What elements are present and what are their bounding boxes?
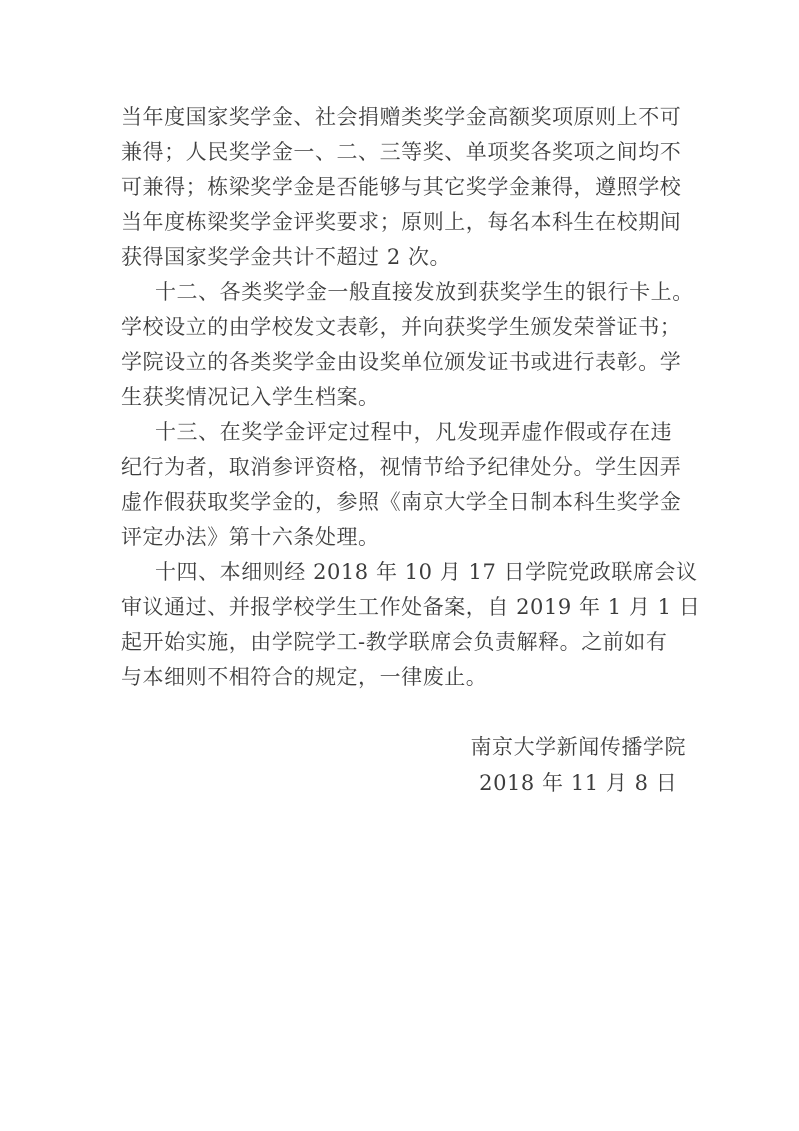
paragraph-item-12: 十二、各类奖学金一般直接发放到获奖学生的银行卡上。 学校设立的由学校发文表彰，并… — [121, 275, 721, 415]
paragraph-item-13: 十三、在奖学金评定过程中，凡发现弄虚作假或存在违 纪行为者，取消参评资格，视情节… — [121, 415, 721, 555]
document-body: 当年度国家奖学金、社会捐赠类奖学金高额奖项原则上不可 兼得；人民奖学金一、二、三… — [121, 100, 721, 801]
paragraph-item-14: 十四、本细则经 2018 年 10 月 17 日学院党政联席会议 审议通过、并报… — [121, 555, 721, 695]
paragraph-continuation: 当年度国家奖学金、社会捐赠类奖学金高额奖项原则上不可 兼得；人民奖学金一、二、三… — [121, 100, 721, 275]
signature-institution: 南京大学新闻传播学院 — [471, 729, 687, 765]
signature-block: 南京大学新闻传播学院 2018 年 11 月 8 日 — [471, 729, 687, 801]
signature-date: 2018 年 11 月 8 日 — [471, 765, 687, 801]
document-page: 当年度国家奖学金、社会捐赠类奖学金高额奖项原则上不可 兼得；人民奖学金一、二、三… — [0, 0, 799, 1131]
